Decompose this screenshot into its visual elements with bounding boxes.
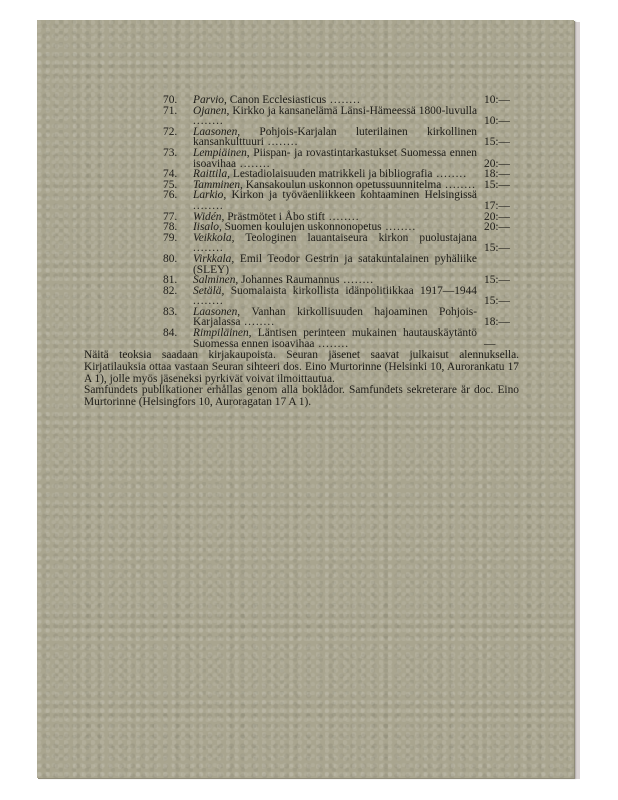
item-number: 72. bbox=[163, 127, 193, 138]
item-text: Rimpiläinen, Läntisen perinteen mukainen… bbox=[193, 328, 481, 349]
item-title: Emil Teodor Gestrin ja satakuntalainen p… bbox=[193, 253, 477, 276]
item-price: 15:— bbox=[481, 180, 518, 191]
list-item: 80.Virkkala, Emil Teodor Gestrin ja sata… bbox=[163, 254, 518, 275]
item-number: 70. bbox=[163, 95, 193, 106]
item-title: Suomalaista kirkollista idänpolitiikkaa … bbox=[231, 285, 477, 297]
item-text: Setälä, Suomalaista kirkollista idänpoli… bbox=[193, 286, 481, 307]
item-text: Lempiäinen, Piispan- ja rovastintarkastu… bbox=[193, 148, 481, 169]
item-price: 10:— bbox=[481, 116, 518, 127]
item-number: 83. bbox=[163, 307, 193, 318]
item-title: Kirkon ja työväenliikkeen kohtaaminen He… bbox=[231, 189, 477, 201]
list-item: 76.Larkio, Kirkon ja työväenliikkeen koh… bbox=[163, 190, 518, 211]
publication-list: 70.Parvio, Canon Ecclesiasticus ........… bbox=[163, 95, 518, 349]
ordering-notes: Näitä teoksia saadaan kirjakaupoista. Se… bbox=[84, 350, 519, 409]
item-number: 82. bbox=[163, 286, 193, 297]
note-finnish: Näitä teoksia saadaan kirjakaupoista. Se… bbox=[84, 350, 519, 385]
list-item: 82.Setälä, Suomalaista kirkollista idänp… bbox=[163, 286, 518, 307]
dot-leader: ........ bbox=[314, 338, 349, 350]
item-price: — bbox=[481, 339, 518, 350]
item-text: Larkio, Kirkon ja työväenliikkeen kohtaa… bbox=[193, 190, 481, 211]
item-number: 76. bbox=[163, 190, 193, 201]
list-item: 73.Lempiäinen, Piispan- ja rovastintarka… bbox=[163, 148, 518, 169]
list-item: 72.Laasonen, Pohjois-Karjalan luterilain… bbox=[163, 127, 518, 148]
item-price: 18:— bbox=[481, 317, 518, 328]
item-price: 15:— bbox=[481, 296, 518, 307]
list-item: 79.Veikkola, Teologinen lauantaiseura ki… bbox=[163, 233, 518, 254]
list-item: 84.Rimpiläinen, Läntisen perinteen mukai… bbox=[163, 328, 518, 349]
list-item: 71.Ojanen, Kirkko ja kansanelämä Länsi-H… bbox=[163, 106, 518, 127]
item-title: Teologinen lauantaiseura kirkon puolusta… bbox=[245, 232, 477, 244]
item-text: Virkkala, Emil Teodor Gestrin ja satakun… bbox=[193, 254, 481, 275]
list-item: 83.Laasonen, Vanhan kirkollisuuden hajoa… bbox=[163, 307, 518, 328]
item-text: Veikkola, Teologinen lauantaiseura kirko… bbox=[193, 233, 481, 254]
item-number: 80. bbox=[163, 254, 193, 265]
item-text: Laasonen, Pohjois-Karjalan luterilainen … bbox=[193, 127, 481, 148]
item-number: 79. bbox=[163, 233, 193, 244]
item-price: 17:— bbox=[481, 201, 518, 212]
note-swedish: Samfundets publikationer erhållas genom … bbox=[84, 385, 519, 409]
item-number: 71. bbox=[163, 106, 193, 117]
item-price: 15:— bbox=[481, 243, 518, 254]
item-price: 15:— bbox=[481, 275, 518, 286]
item-title: Kirkko ja kansanelämä Länsi-Hämeessä 180… bbox=[232, 105, 477, 117]
item-number: 84. bbox=[163, 328, 193, 339]
item-text: Ojanen, Kirkko ja kansanelämä Länsi-Häme… bbox=[193, 106, 481, 127]
item-price: 15:— bbox=[481, 137, 518, 148]
item-price: 10:— bbox=[481, 95, 518, 106]
item-price: 20:— bbox=[481, 222, 518, 233]
item-text: Laasonen, Vanhan kirkollisuuden hajoamin… bbox=[193, 307, 481, 328]
item-number: 73. bbox=[163, 148, 193, 159]
